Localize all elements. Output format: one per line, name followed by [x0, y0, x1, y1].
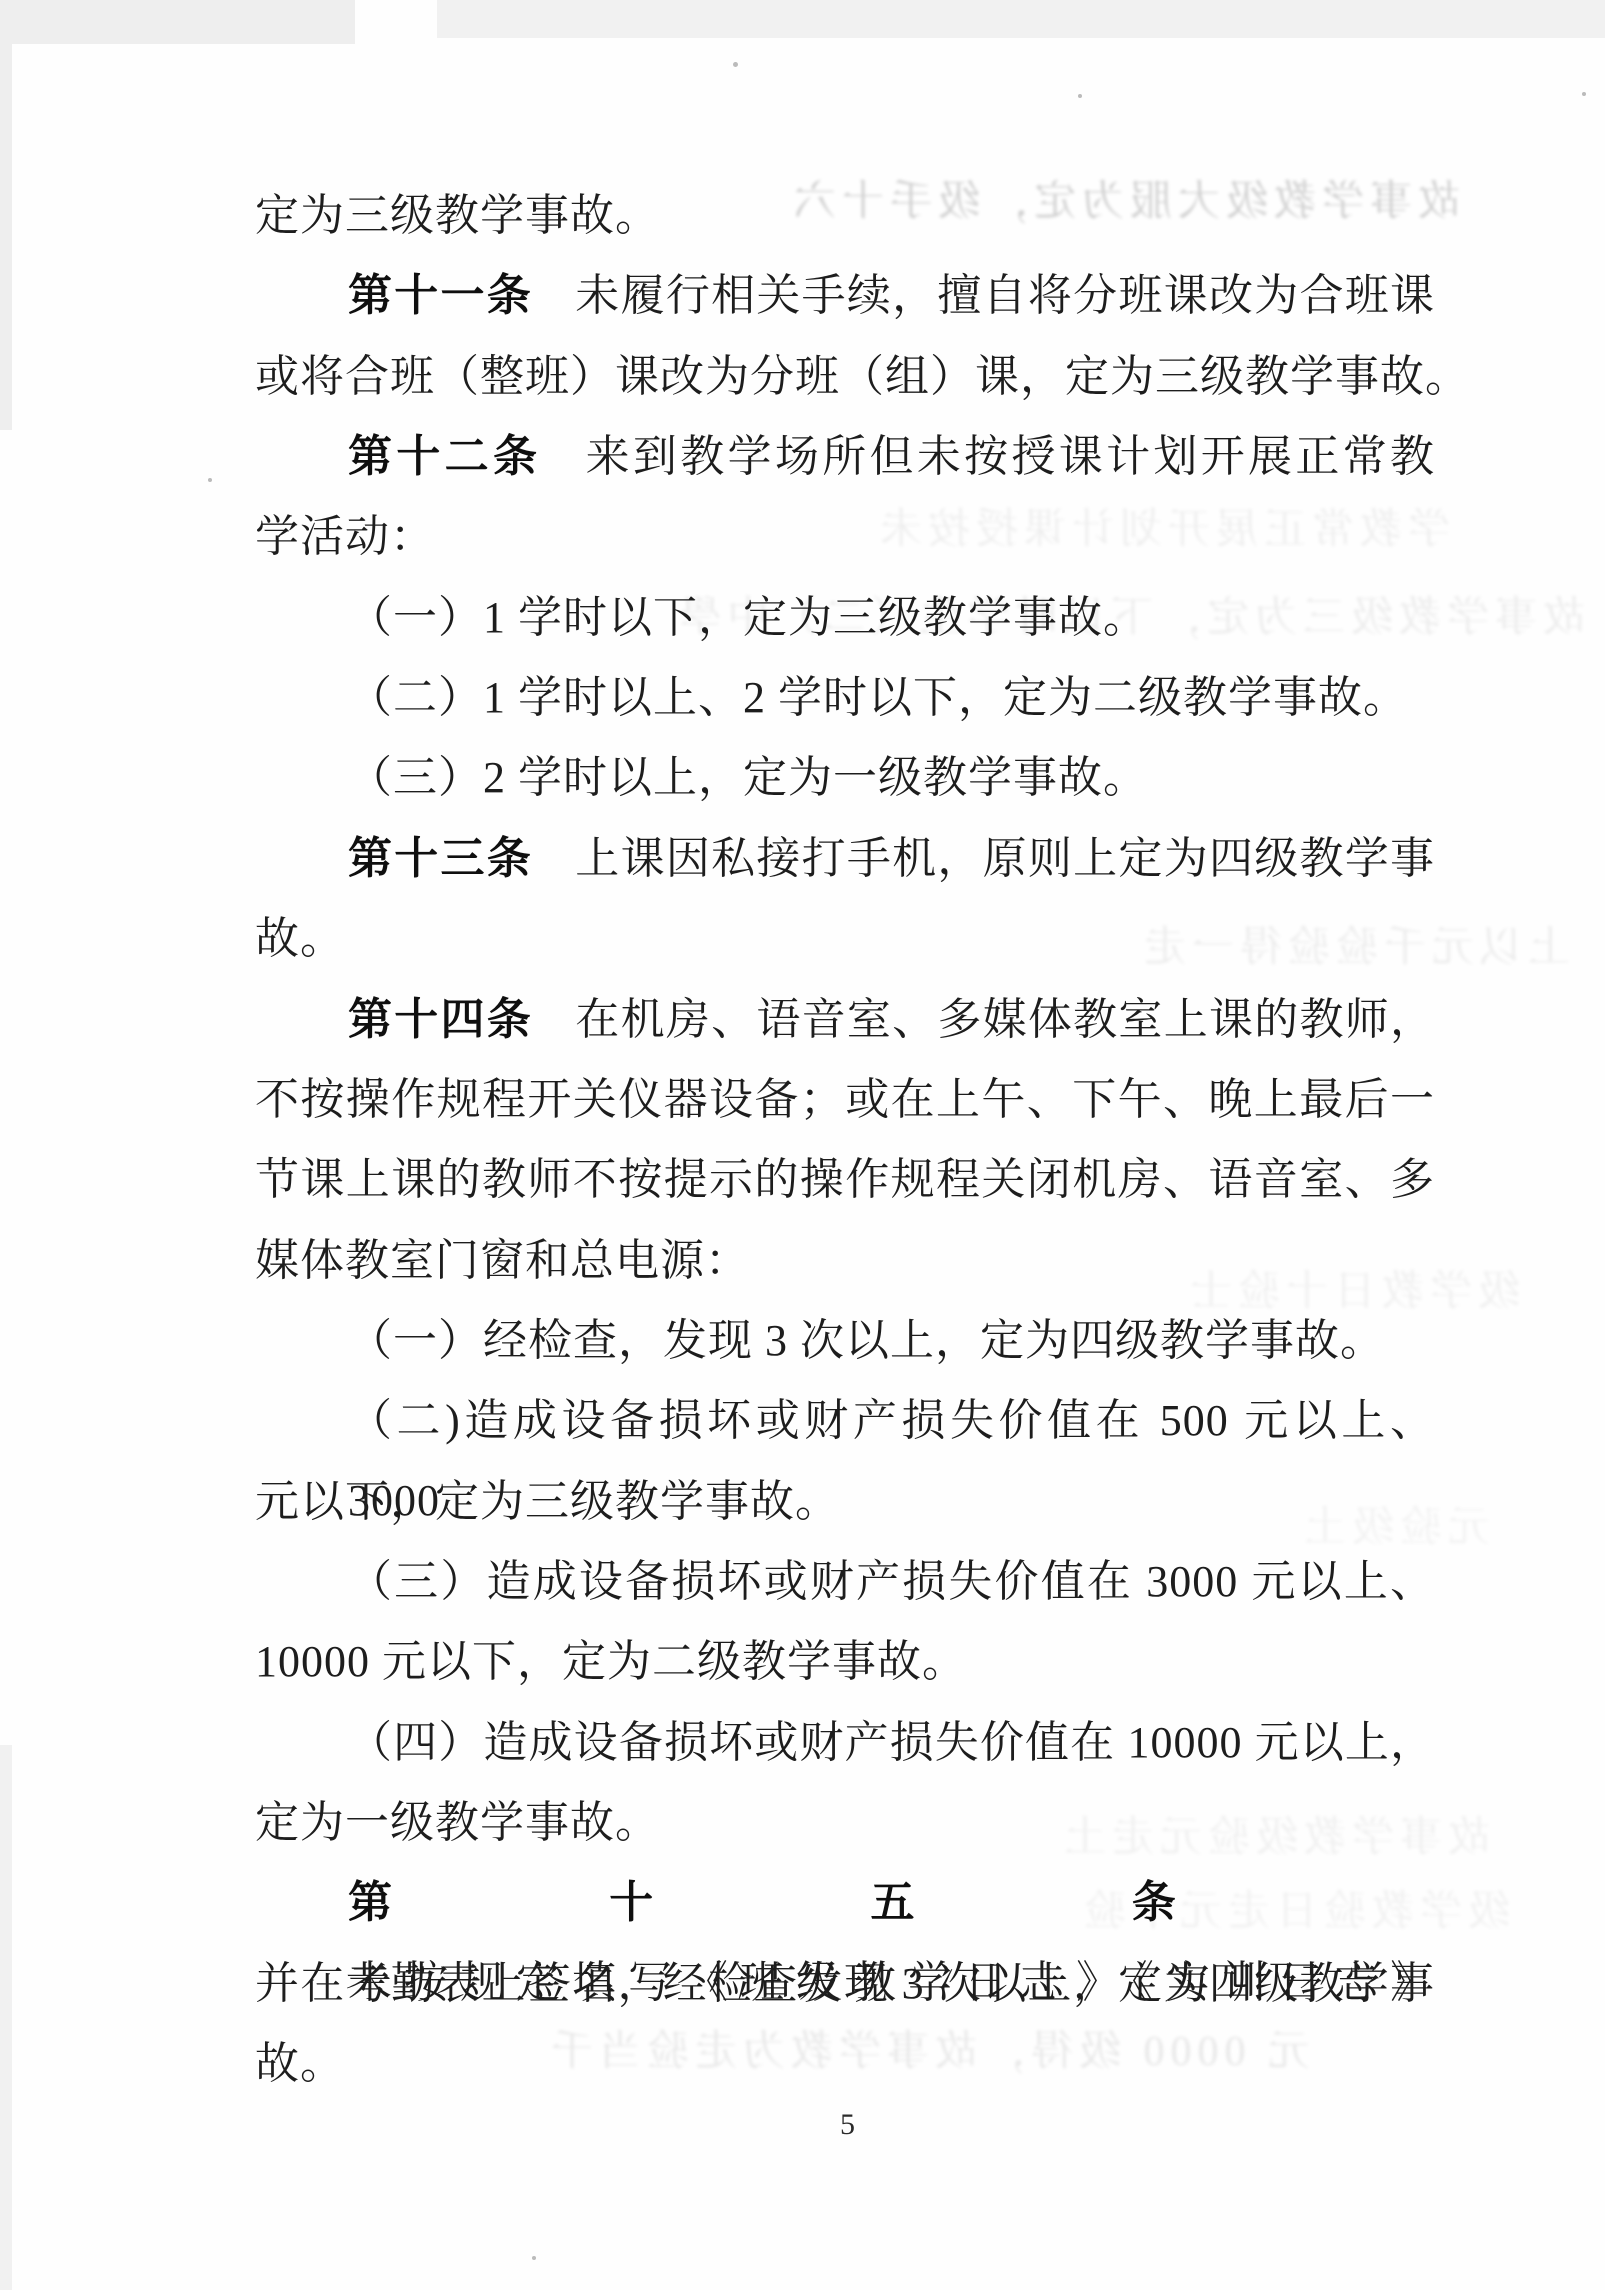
body-text-line: 故。 [255, 2024, 345, 2104]
body-text-line: 定为三级教学事故。 [255, 176, 660, 256]
article-number: 第十五条 [348, 1878, 1393, 1927]
body-text-line: （四）造成设备损坏或财产损失价值在 10000 元以上， [348, 1703, 1435, 1783]
body-text-line: 或将合班（整班）课改为分班（组）课，定为三级教学事故。 [255, 337, 1470, 417]
article-number: 第十四条 [348, 995, 533, 1044]
bleed-through-text: 故事学教级验元走土 [850, 1808, 1490, 1868]
scan-speck [733, 62, 738, 67]
body-text-line: 10000 元以下，定为二级教学事故。 [255, 1622, 967, 1702]
body-text-line: 定为一级教学事故。 [255, 1783, 660, 1863]
article-heading-line: 第十二条来到教学场所但未按授课计划开展正常教 [348, 417, 1435, 497]
line-text: 故。 [255, 914, 345, 963]
article-number: 第十一条 [348, 271, 533, 320]
line-text: （四）造成设备损坏或财产损失价值在 10000 元以上， [348, 1718, 1435, 1767]
line-text: 在机房、语音室、多媒体教室上课的教师， [575, 995, 1435, 1044]
line-text: 学活动： [255, 512, 435, 561]
article-number: 第十三条 [348, 834, 533, 883]
line-text: 定为一级教学事故。 [255, 1798, 660, 1847]
article-heading-line: 第十三条上课因私接打手机，原则上定为四级教学事 [348, 819, 1435, 899]
line-text: 并在考勤表上签名，经检查发现 3 次以上，定为四级教学事 [255, 1959, 1435, 2008]
line-text: 来到教学场所但未按授课计划开展正常教 [583, 432, 1435, 481]
line-text: 不按操作规程开关仪器设备；或在上午、下午、晚上最后一 [255, 1075, 1435, 1124]
line-text: 节课上课的教师不按提示的操作规程关闭机房、语音室、多 [255, 1155, 1435, 1204]
line-text: （三）2 学时以上，定为一级教学事故。 [348, 753, 1148, 802]
article-heading-line: 第十四条在机房、语音室、多媒体教室上课的教师， [348, 980, 1435, 1060]
scan-speck [208, 478, 212, 482]
line-text: 未履行相关手续，擅自将分班课改为合班课 [575, 271, 1435, 320]
body-text-line: （二)造成设备损坏或财产损失价值在 500 元以上、3000 [348, 1381, 1435, 1461]
bleed-through-text: 学教常正展开划计课授按未 [300, 500, 1450, 560]
scan-edge-left-lower [0, 1745, 12, 2290]
scan-speck [1582, 92, 1586, 96]
line-text: （三）造成设备损坏或财产损失价值在 3000 元以上、 [348, 1557, 1435, 1606]
body-text-line: 故。 [255, 899, 345, 979]
scan-edge-left-upper [0, 0, 12, 430]
body-text-line: 不按操作规程开关仪器设备；或在上午、下午、晚上最后一 [255, 1060, 1435, 1140]
body-text-line: （三）造成设备损坏或财产损失价值在 3000 元以上、 [348, 1542, 1435, 1622]
body-text-line: 媒体教室门窗和总电源： [255, 1221, 750, 1301]
scan-edge-top-right [437, 0, 1605, 38]
article-heading-line: 第十五条未按规定填写《班级教学日志》《实训日志》 [348, 1863, 1435, 1943]
line-text: （二）1 学时以上、2 学时以下，定为二级教学事故。 [348, 673, 1408, 722]
line-text: 10000 元以下，定为二级教学事故。 [255, 1637, 967, 1686]
line-text: （一）经检查，发现 3 次以上，定为四级教学事故。 [348, 1316, 1385, 1365]
body-text-line: 学活动： [255, 497, 435, 577]
bleed-through-text: 故事学教级大服为定，级手十六 [620, 172, 1460, 232]
line-text: 媒体教室门窗和总电源： [255, 1236, 750, 1285]
scan-edge-top-left [0, 0, 355, 44]
scan-speck [1078, 94, 1082, 98]
body-text-line: （一）经检查，发现 3 次以上，定为四级教学事故。 [348, 1301, 1385, 1381]
line-text: （一）1 学时以下，定为三级教学事故。 [348, 593, 1148, 642]
bleed-through-text: 元 0000 级得，故事学教为走验当千 [320, 2022, 1310, 2082]
body-text-line: （一）1 学时以下，定为三级教学事故。 [348, 578, 1148, 658]
line-text: 故。 [255, 2039, 345, 2088]
scan-speck [532, 2256, 536, 2260]
body-text-line: 并在考勤表上签名，经检查发现 3 次以上，定为四级教学事 [255, 1944, 1435, 2024]
bleed-through-text: 上以元千验验得一走 [880, 918, 1570, 978]
page-number: 5 [840, 2108, 855, 2142]
document-page: 故事学教级大服为定，级手十六学教常正展开划计课授按未故事学教级三为定，下以时学生… [0, 0, 1605, 2290]
line-text: 或将合班（整班）课改为分班（组）课，定为三级教学事故。 [255, 352, 1470, 401]
article-heading-line: 第十一条未履行相关手续，擅自将分班课改为合班课 [348, 256, 1435, 336]
body-text-line: 元以下，定为三级教学事故。 [255, 1462, 840, 1542]
article-number: 第十二条 [348, 432, 541, 481]
line-text: 元以下，定为三级教学事故。 [255, 1477, 840, 1526]
body-text-line: （三）2 学时以上，定为一级教学事故。 [348, 738, 1148, 818]
line-text: 定为三级教学事故。 [255, 191, 660, 240]
body-text-line: 节课上课的教师不按提示的操作规程关闭机房、语音室、多 [255, 1140, 1435, 1220]
body-text-line: （二）1 学时以上、2 学时以下，定为二级教学事故。 [348, 658, 1408, 738]
line-text: 上课因私接打手机，原则上定为四级教学事 [575, 834, 1435, 883]
